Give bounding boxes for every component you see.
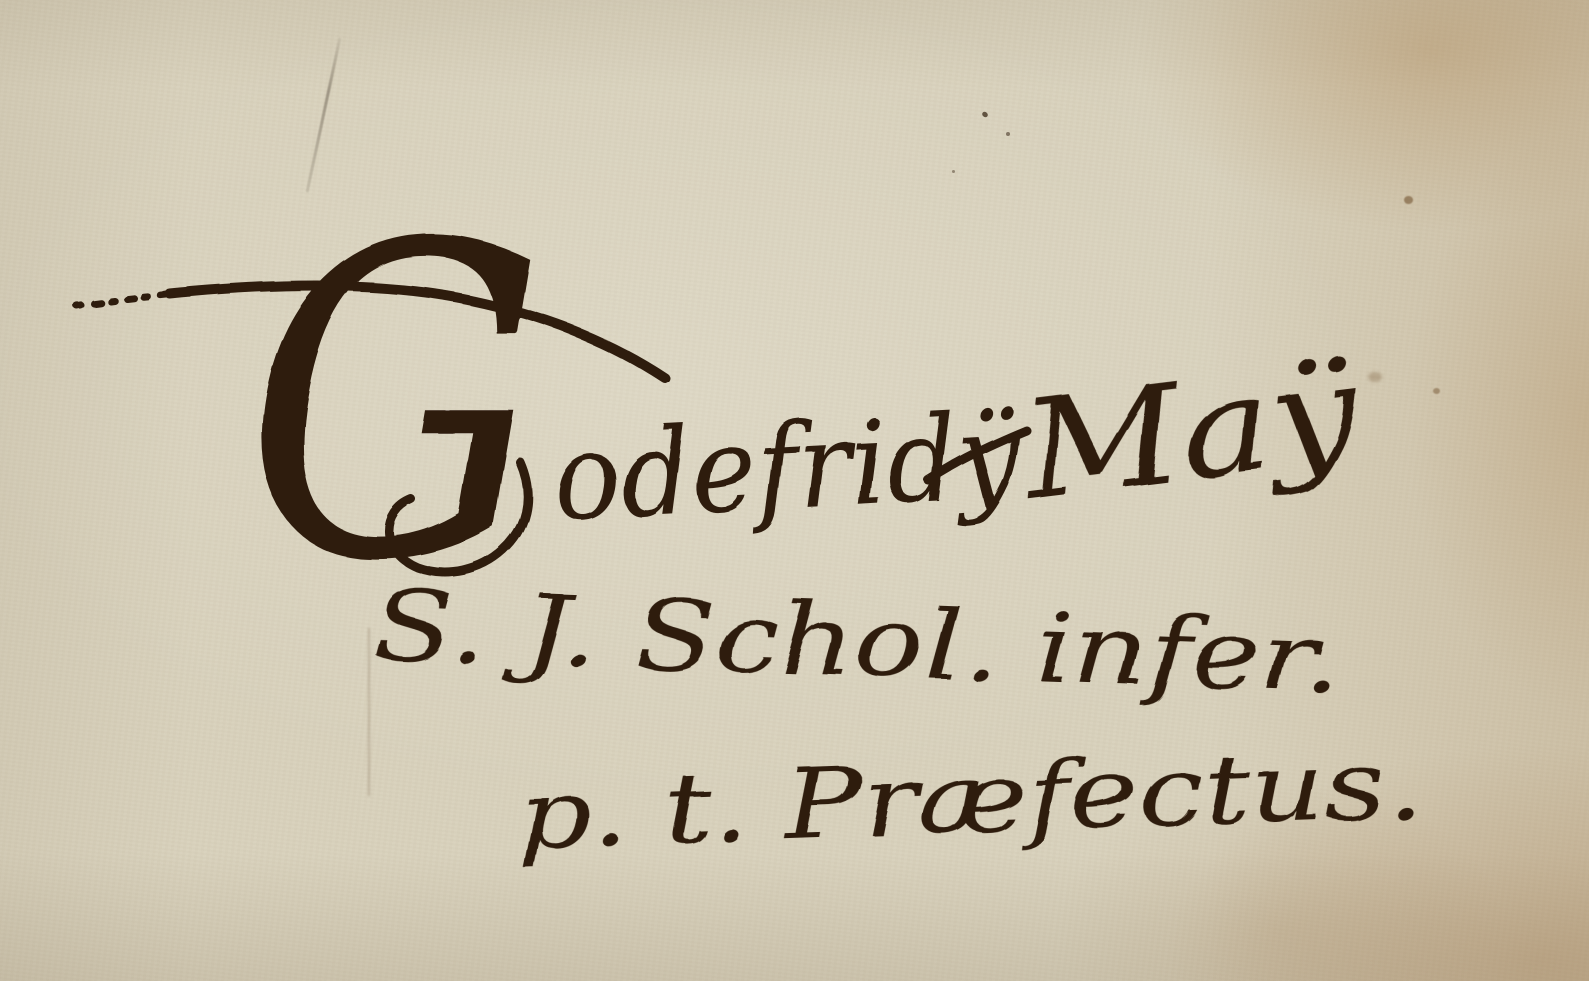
signature-surname: Maÿ xyxy=(1011,333,1368,530)
line-office: p. t. Præfectus. xyxy=(515,727,1423,871)
flourish-dotted-leadin xyxy=(76,294,172,305)
signature-svg: G odefridÿ Maÿ S. J. Schol. infer. p. t.… xyxy=(0,0,1589,981)
signature-given-name: odefridÿ xyxy=(550,386,1024,548)
line-order-school: S. J. Schol. infer. xyxy=(371,569,1342,715)
paper-photo: G odefridÿ Maÿ S. J. Schol. infer. p. t.… xyxy=(0,0,1589,981)
